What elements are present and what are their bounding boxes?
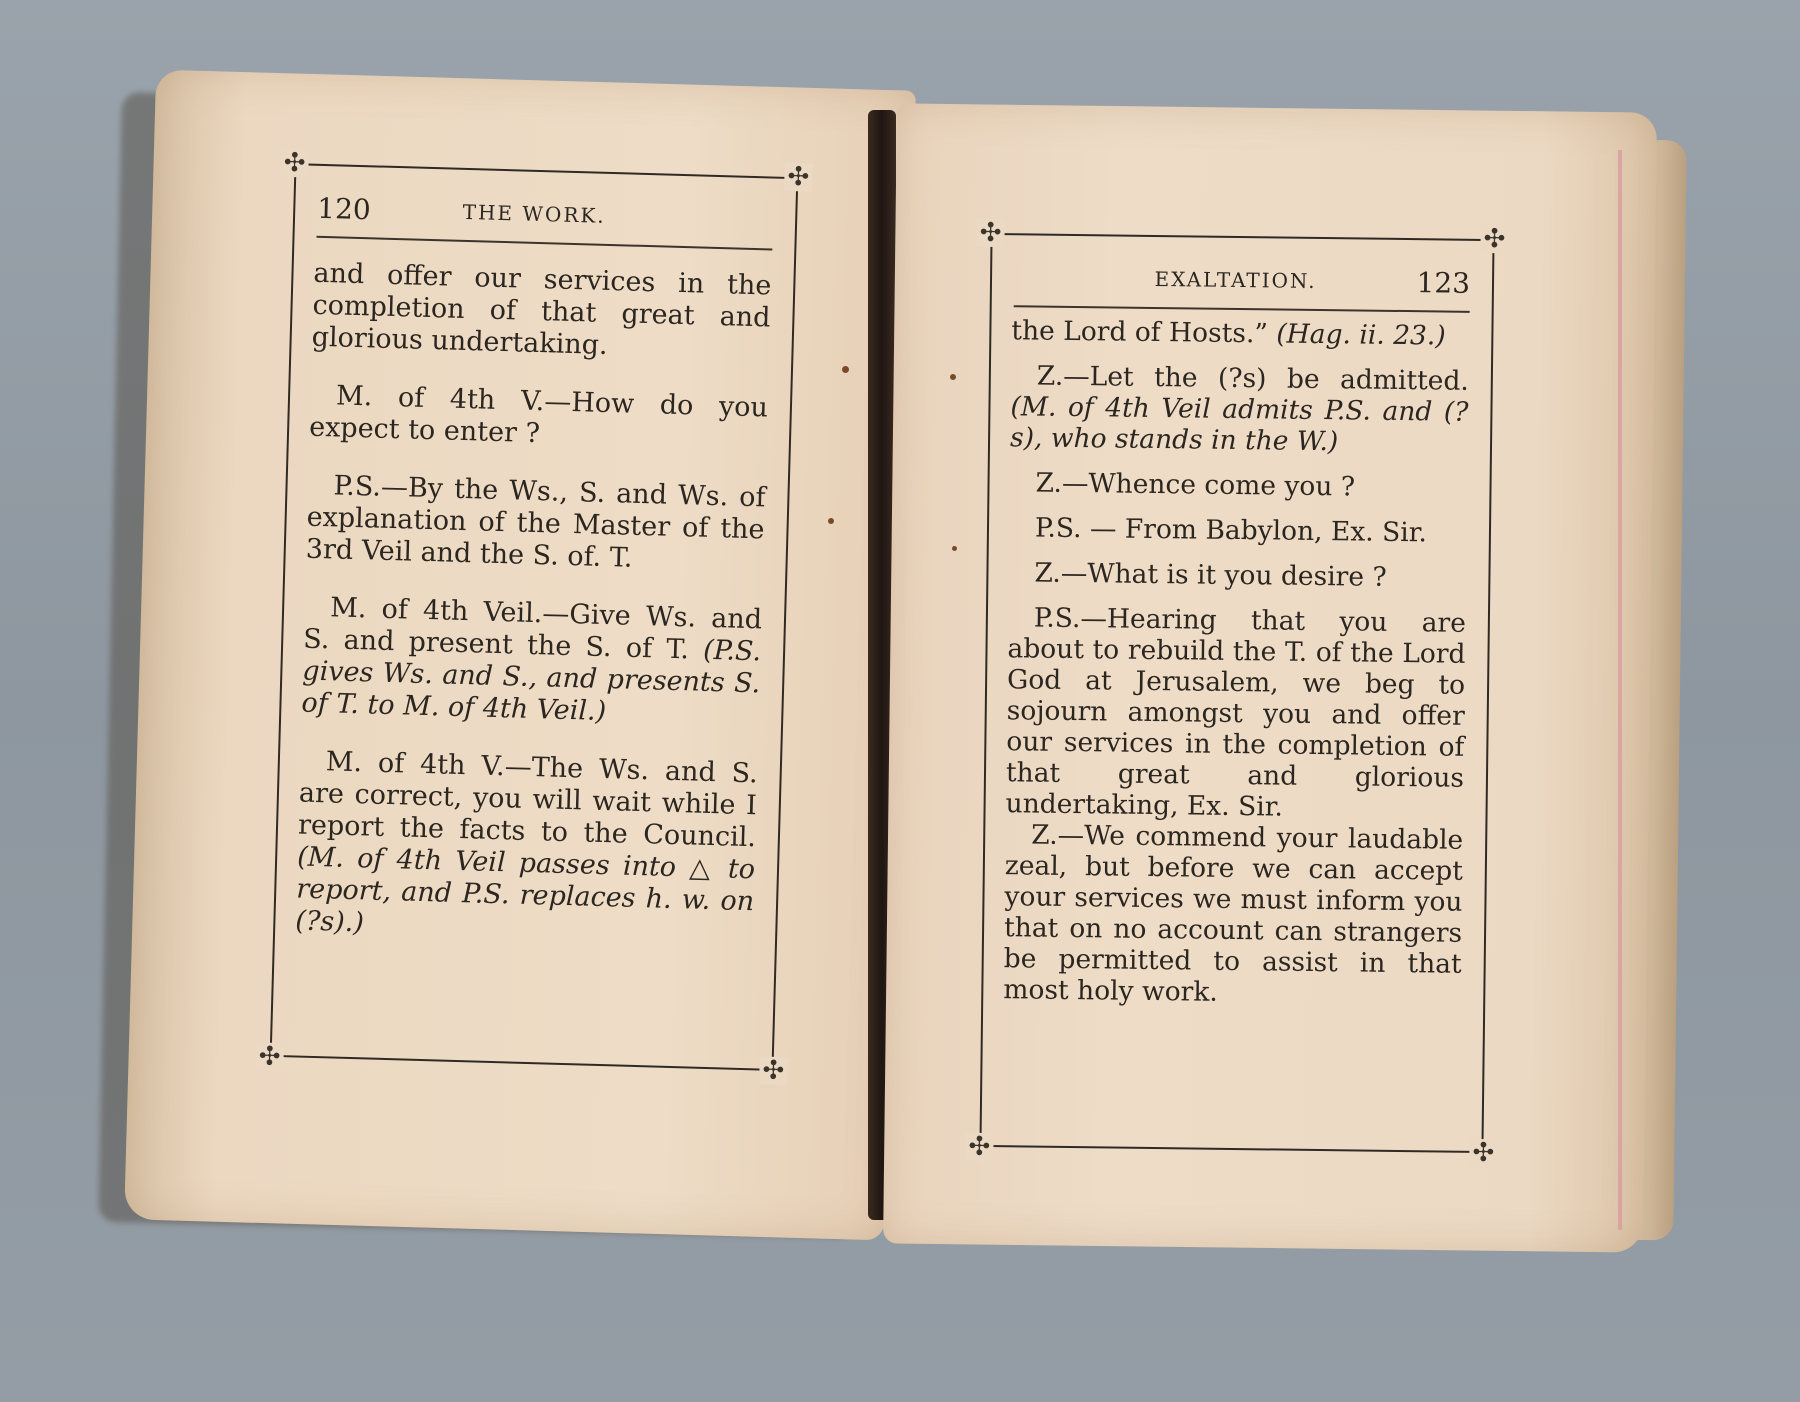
speaker: Z. bbox=[1031, 819, 1058, 850]
paragraph: Z.—Whence come you ? bbox=[1009, 467, 1467, 504]
paragraph-text: —Whence come you ? bbox=[1062, 468, 1356, 503]
corner-ornament-icon: ✣ bbox=[976, 219, 1004, 247]
stage-direction: (M. of 4th Veil admits P.S. and (?s), wh… bbox=[1010, 391, 1469, 457]
paragraph: P.S. — From Babylon, Ex. Sir. bbox=[1009, 512, 1467, 549]
paragraph-text: —Let the (?s) be admitted. bbox=[1063, 361, 1469, 397]
paragraph: Z.—Let the (?s) be admitted. (M. of 4th … bbox=[1010, 360, 1469, 459]
speaker: Z. bbox=[1035, 468, 1062, 499]
stage-direction: (M. of 4th Veil passes into △ to report,… bbox=[295, 841, 755, 938]
paragraph-text: — From Babylon, Ex. Sir. bbox=[1081, 513, 1427, 548]
paragraph: M. of 4th V.—The Ws. and S. are correct,… bbox=[295, 746, 758, 951]
paragraph: the Lord of Hosts.” (Hag. ii. 23.) bbox=[1011, 315, 1469, 352]
speaker: M. of 4th Veil. bbox=[330, 592, 543, 629]
paragraph: M. of 4th Veil.—Give Ws. and S. and pres… bbox=[301, 592, 762, 733]
paragraph-text: —Hearing that you are about to rebuild t… bbox=[1005, 603, 1466, 822]
corner-ornament-icon: ✣ bbox=[255, 1042, 284, 1071]
paragraph-text: and offer our services in the completion… bbox=[311, 258, 771, 361]
right-page-frame: ✣ ✣ ✣ ✣ EXALTATION. 123 the Lord of Host… bbox=[979, 233, 1494, 1153]
speaker: P.S. bbox=[1034, 603, 1081, 635]
running-head: THE WORK. bbox=[462, 200, 606, 228]
corner-ornament-icon: ✣ bbox=[759, 1056, 788, 1085]
paragraph-text: the Lord of Hosts.” bbox=[1011, 315, 1276, 349]
paragraph: M. of 4th V.—How do you expect to enter … bbox=[309, 380, 769, 457]
paragraph-text: —We commend your laudable zeal, but befo… bbox=[1003, 820, 1463, 1008]
page-number: 123 bbox=[1416, 266, 1470, 300]
foxing-speck bbox=[952, 546, 957, 551]
page-edge-pink bbox=[1618, 150, 1622, 1230]
corner-ornament-icon: ✣ bbox=[280, 149, 309, 178]
running-head: EXALTATION. bbox=[1154, 267, 1316, 293]
page-header: EXALTATION. 123 bbox=[1014, 249, 1471, 313]
paragraph: Z.—We commend your laudable zeal, but be… bbox=[1003, 819, 1463, 1011]
paragraph: and offer our services in the completion… bbox=[311, 258, 772, 367]
page-number: 120 bbox=[317, 191, 371, 225]
corner-ornament-icon: ✣ bbox=[784, 163, 813, 192]
foxing-speck bbox=[842, 366, 849, 373]
corner-ornament-icon: ✣ bbox=[1480, 225, 1508, 253]
speaker: Z. bbox=[1037, 361, 1064, 392]
page-body: the Lord of Hosts.” (Hag. ii. 23.) Z.—Le… bbox=[1003, 315, 1470, 1025]
paragraph: P.S.—Hearing that you are about to rebui… bbox=[1005, 602, 1466, 825]
page-header: 120 THE WORK. bbox=[317, 180, 774, 251]
speaker: M. of 4th V. bbox=[336, 380, 545, 417]
paragraph: Z.—What is it you desire ? bbox=[1008, 557, 1466, 594]
corner-ornament-icon: ✣ bbox=[1469, 1139, 1497, 1167]
left-page-frame: ✣ ✣ ✣ ✣ 120 THE WORK. and offer our serv… bbox=[270, 163, 799, 1071]
foxing-speck bbox=[950, 374, 956, 380]
paragraph-text: —What is it you desire ? bbox=[1061, 558, 1387, 593]
speaker: P.S. bbox=[1035, 513, 1082, 545]
speaker: Z. bbox=[1034, 558, 1061, 589]
speaker: M. of 4th V. bbox=[325, 746, 505, 782]
foxing-speck bbox=[828, 518, 834, 524]
corner-ornament-icon: ✣ bbox=[965, 1133, 993, 1161]
scripture-reference: (Hag. ii. 23.) bbox=[1276, 318, 1446, 351]
page-body: and offer our services in the completion… bbox=[294, 258, 772, 977]
paragraph: P.S.—By the Ws., S. and Ws. of explanati… bbox=[305, 470, 766, 579]
speaker: P.S. bbox=[333, 470, 381, 502]
